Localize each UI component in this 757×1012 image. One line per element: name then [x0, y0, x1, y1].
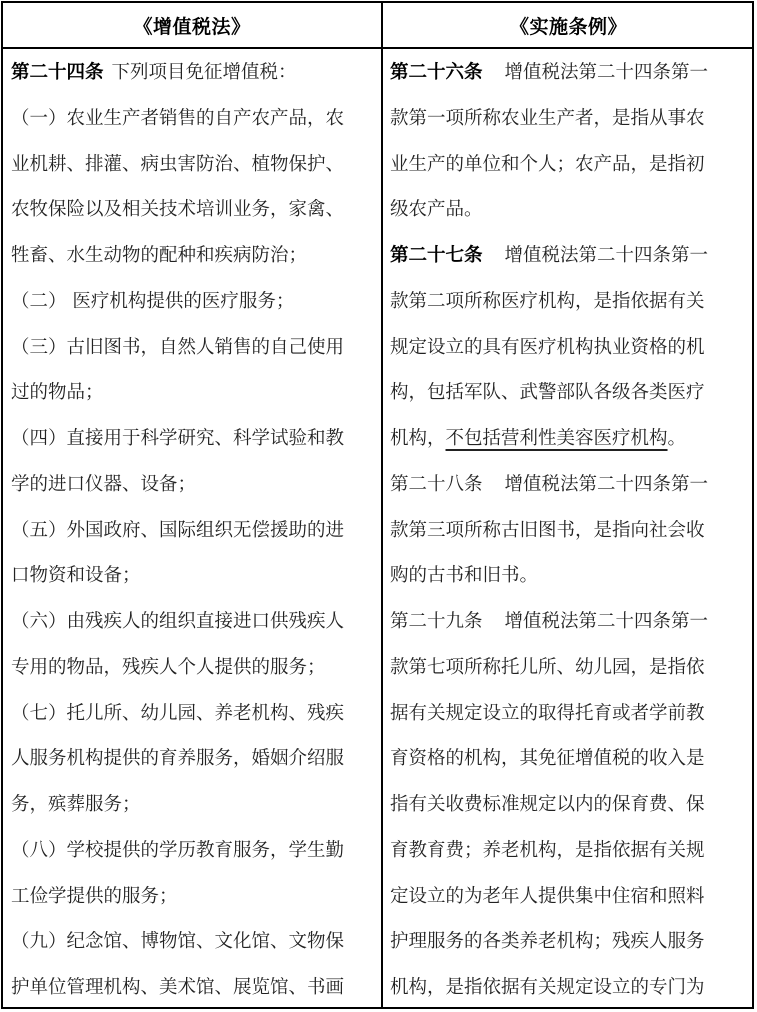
text-line: 人服务机构提供的育养服务，婚姻介绍服 — [11, 736, 344, 782]
text-line: 级农产品。 — [390, 187, 483, 233]
article-first-line: 增值税法第二十四条第一 — [505, 474, 709, 495]
article-28-heading: 第二十八条增值税法第二十四条第一 — [390, 462, 708, 508]
text-line: （九）纪念馆、博物馆、文化馆、文物保 — [11, 919, 344, 965]
text-line: 学的进口仪器、设备； — [11, 462, 196, 508]
text-line: 业生产的单位和个人；农产品，是指初 — [390, 142, 705, 188]
article-label: 第二十八条 — [390, 474, 483, 495]
text-line: 款第二项所称医疗机构，是指依据有关 — [390, 279, 705, 325]
text-line: （五）外国政府、国际组织无偿援助的进 — [11, 508, 344, 554]
text-line: 务，殡葬服务； — [11, 782, 141, 828]
text-line: （四）直接用于科学研究、科学试验和教 — [11, 416, 344, 462]
text-line: 育资格的机构，其免征增值税的收入是 — [390, 736, 705, 782]
text-line: 口物资和设备； — [11, 553, 141, 599]
header-vat-law: 《增值税法》 — [3, 3, 381, 47]
article-24-heading: 第二十四条下列项目免征增值税： — [11, 50, 297, 96]
article-first-line: 增值税法第二十四条第一 — [505, 245, 709, 266]
text-line: 构，包括军队、武警部队各级各类医疗 — [390, 370, 705, 416]
text-line: 过的物品； — [11, 370, 104, 416]
column-divider — [381, 3, 383, 1007]
text-line: （八）学校提供的学历教育服务，学生勤 — [11, 828, 344, 874]
text-line: （二） 医疗机构提供的医疗服务； — [11, 279, 294, 325]
text-line: 护单位管理机构、美术馆、展览馆、书画 — [11, 965, 344, 1011]
text-fragment: 机构， — [390, 428, 446, 449]
text-line: 规定设立的具有医疗机构执业资格的机 — [390, 325, 705, 371]
article-29-heading: 第二十九条增值税法第二十四条第一 — [390, 599, 708, 645]
article-27-heading: 第二十七条增值税法第二十四条第一 — [390, 233, 708, 279]
text-line: 款第七项所称托儿所、幼儿园，是指依 — [390, 645, 705, 691]
text-line: 机构，是指依据有关规定设立的专门为 — [390, 965, 705, 1011]
text-line: 牲畜、水生动物的配种和疾病防治； — [11, 233, 307, 279]
text-line: 护理服务的各类养老机构；残疾人服务 — [390, 919, 705, 965]
text-line: （七）托儿所、幼儿园、养老机构、残疾 — [11, 691, 344, 737]
text-line: （一）农业生产者销售的自产农产品，农 — [11, 96, 344, 142]
text-line: 款第一项所称农业生产者，是指从事农 — [390, 96, 705, 142]
comparison-table: 《增值税法》 《实施条例》 第二十四条下列项目免征增值税： （一）农业生产者销售… — [1, 1, 754, 1009]
text-line: 款第三项所称古旧图书，是指向社会收 — [390, 508, 705, 554]
text-line: 定设立的为老年人提供集中住宿和照料 — [390, 874, 705, 920]
article-first-line: 增值税法第二十四条第一 — [505, 611, 709, 632]
text-line: 据有关规定设立的取得托育或者学前教 — [390, 691, 705, 737]
text-line: 业机耕、排灌、病虫害防治、植物保护、 — [11, 142, 344, 188]
text-line: （六）由残疾人的组织直接进口供残疾人 — [11, 599, 344, 645]
text-fragment: 。 — [668, 428, 687, 449]
article-label: 第二十七条 — [390, 245, 483, 266]
text-line: 购的古书和旧书。 — [390, 553, 538, 599]
header-implementation-rules: 《实施条例》 — [383, 3, 754, 47]
article-intro: 下列项目免征增值税： — [112, 62, 297, 83]
header-divider — [3, 47, 752, 49]
text-line: 育教育费；养老机构，是指依据有关规 — [390, 828, 705, 874]
article-26-heading: 第二十六条增值税法第二十四条第一 — [390, 50, 708, 96]
text-line: 指有关收费标准规定以内的保育费、保 — [390, 782, 705, 828]
article-first-line: 增值税法第二十四条第一 — [505, 62, 709, 83]
text-line: 机构，不包括营利性美容医疗机构。 — [390, 416, 686, 462]
text-line: 工俭学提供的服务； — [11, 874, 178, 920]
article-label: 第二十四条 — [11, 62, 104, 83]
article-label: 第二十六条 — [390, 62, 483, 83]
article-label: 第二十九条 — [390, 611, 483, 632]
underlined-exclusion: 不包括营利性美容医疗机构 — [446, 428, 668, 449]
text-line: 专用的物品，残疾人个人提供的服务； — [11, 645, 326, 691]
text-line: （三）古旧图书，自然人销售的自己使用 — [11, 325, 344, 371]
text-line: 农牧保险以及相关技术培训业务，家禽、 — [11, 187, 344, 233]
